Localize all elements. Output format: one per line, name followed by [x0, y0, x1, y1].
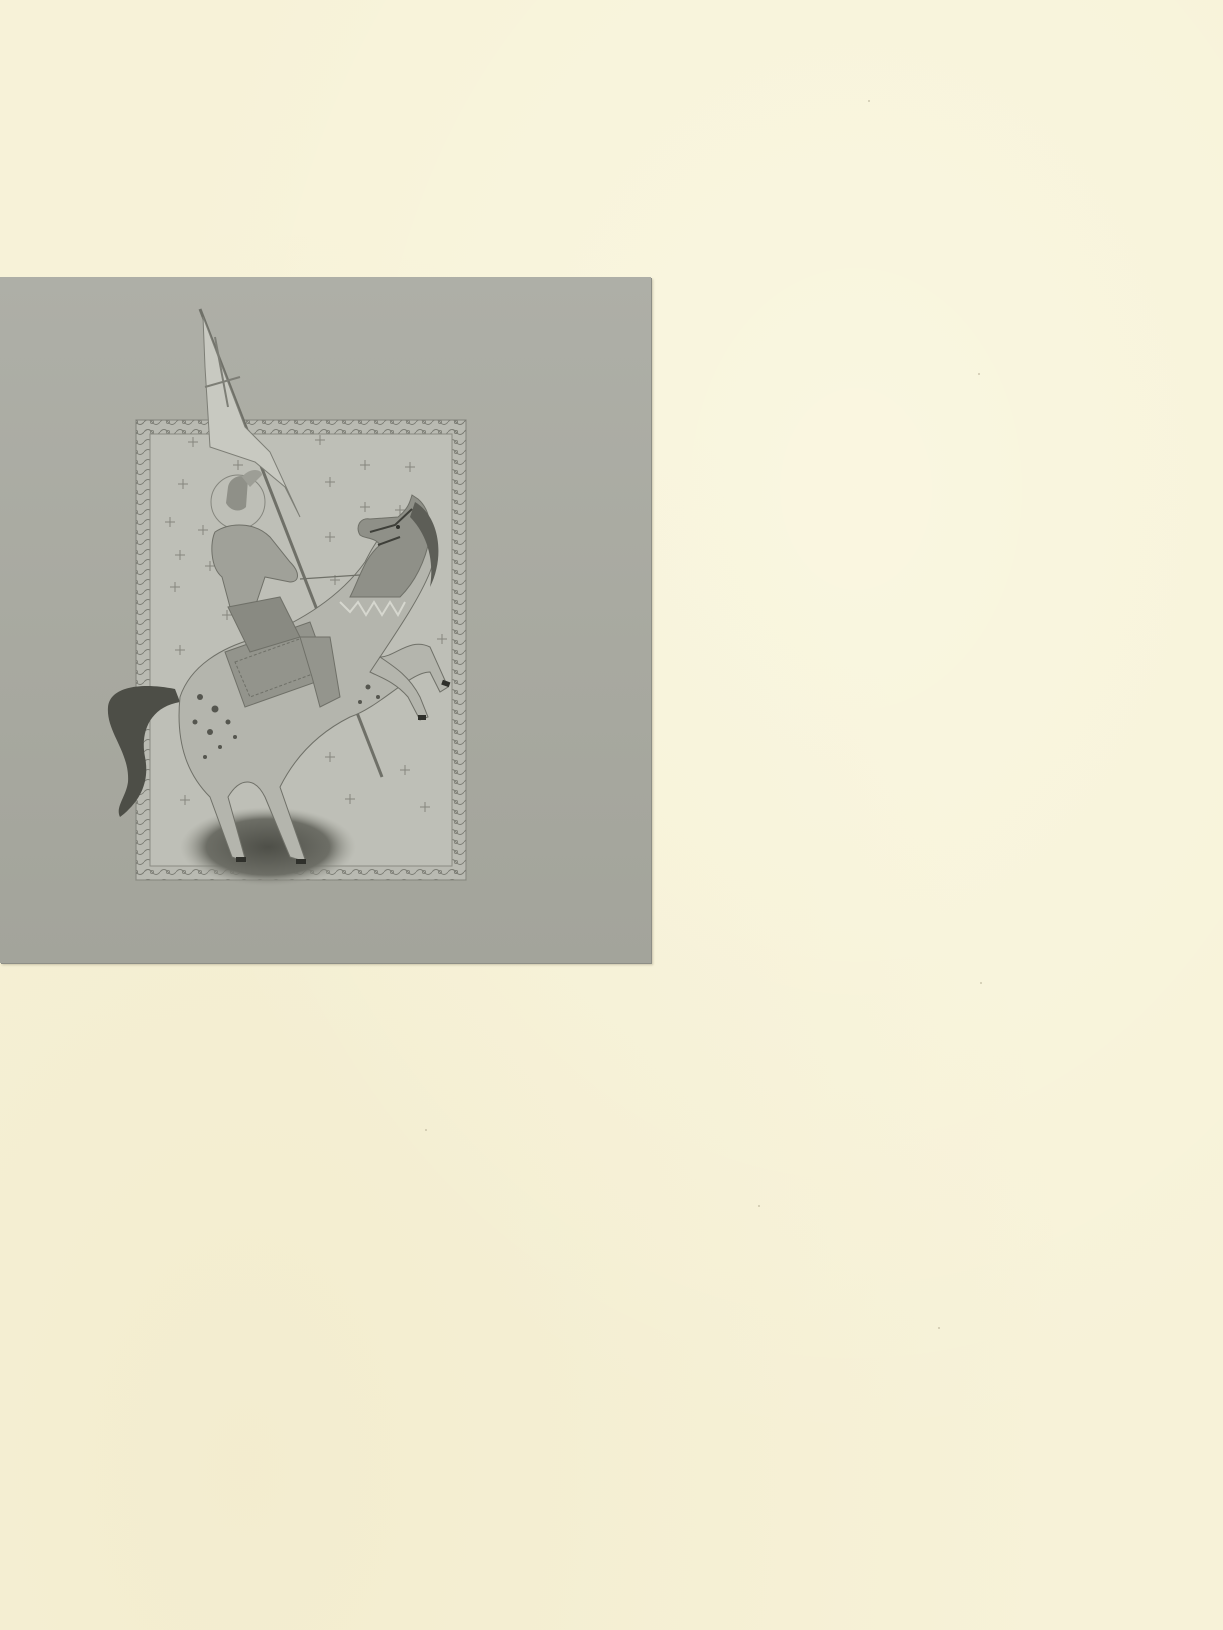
paper-speck [938, 1327, 940, 1329]
paper-speck [978, 373, 980, 375]
paper-speck [758, 1205, 760, 1207]
plate-photograph [0, 277, 651, 963]
painting-illustration [0, 277, 651, 963]
paper-speck [980, 982, 982, 984]
paper-speck [868, 100, 870, 102]
paper-speck [425, 1129, 427, 1131]
grass-tuft [180, 807, 356, 887]
